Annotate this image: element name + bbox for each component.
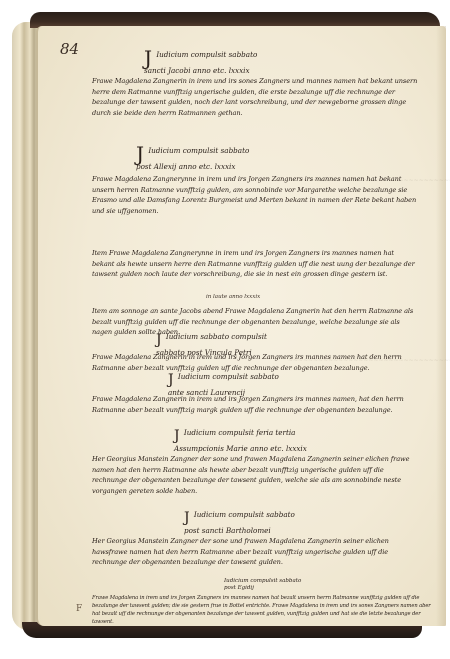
manuscript-page: 84 ~~~~~~~~~~~~~~~~~~~~~~~~~~~~~~~~~~~~~… bbox=[36, 26, 446, 626]
decorated-initial: J bbox=[174, 428, 180, 444]
heading-line: Iudicium compulsit sabbato bbox=[156, 50, 257, 59]
heading-line: Iudicium compulsit sabbato bbox=[194, 510, 295, 519]
heading-line: Iudicium sabbato compulsit bbox=[166, 332, 267, 341]
ledger-entry: Item Frawe Magdalena Zangnerynne in irem… bbox=[92, 248, 418, 280]
heading-line: post Egidij bbox=[224, 585, 254, 591]
ledger-entry: Frawe Magdalena Zangnerin in irem und ir… bbox=[92, 394, 418, 415]
section-heading: J Iudicium compulsit sabbato post sancti… bbox=[184, 510, 295, 535]
ledger-entry: Frawe Magdalena in irem und irs Jorgen Z… bbox=[92, 594, 438, 626]
ledger-entry: Frawe Magdalena Zangnerin in irem und ir… bbox=[92, 352, 418, 373]
ledger-entry: Her Georgius Manstein Zangner der sone u… bbox=[92, 454, 418, 496]
heading-line: Iudicium compulsit sabbato bbox=[178, 372, 279, 381]
section-heading: J Iudicium compulsit sabbato post Allexi… bbox=[136, 146, 249, 171]
decorated-initial: J bbox=[168, 372, 174, 388]
ledger-entry: Frawe Magdalena Zangnerynne in irem und … bbox=[92, 174, 418, 216]
margin-mark: F bbox=[76, 604, 82, 614]
heading-line: Assumpcionis Marie anno etc. lxxxix bbox=[174, 444, 307, 453]
heading-line: Iudicium compulsit sabbato bbox=[148, 146, 249, 155]
section-heading: Iudicium compulsit sabbato post Egidij bbox=[224, 578, 301, 592]
folio-number: 84 bbox=[60, 40, 79, 58]
decorated-initial: J bbox=[144, 50, 152, 66]
section-heading: J Iudicium compulsit sabbato sancti Jaco… bbox=[144, 50, 257, 75]
decorated-initial: J bbox=[156, 332, 162, 348]
heading-line: Iudicium compulsit sabbato bbox=[224, 578, 301, 584]
manuscript-book: 84 ~~~~~~~~~~~~~~~~~~~~~~~~~~~~~~~~~~~~~… bbox=[0, 0, 450, 659]
heading-line: post Allexij anno etc. lxxxix bbox=[136, 162, 235, 171]
heading-line: post sancti Bartholomei bbox=[184, 526, 271, 535]
section-heading: J Iudicium compulsit feria tertia Assump… bbox=[174, 428, 307, 453]
heading-line: sancti Jacobi anno etc. lxxxix bbox=[144, 66, 250, 75]
decorated-initial: J bbox=[184, 510, 190, 526]
decorated-initial: J bbox=[136, 146, 144, 162]
heading-line: Iudicium compulsit feria tertia bbox=[184, 428, 296, 437]
ledger-annotation: in laute anno lxxxix bbox=[206, 294, 260, 300]
ledger-entry: Frawe Magdalena Zangnerin in irem und ir… bbox=[92, 76, 418, 118]
ledger-entry: Her Georgius Manstein Zangner der sone u… bbox=[92, 536, 418, 568]
